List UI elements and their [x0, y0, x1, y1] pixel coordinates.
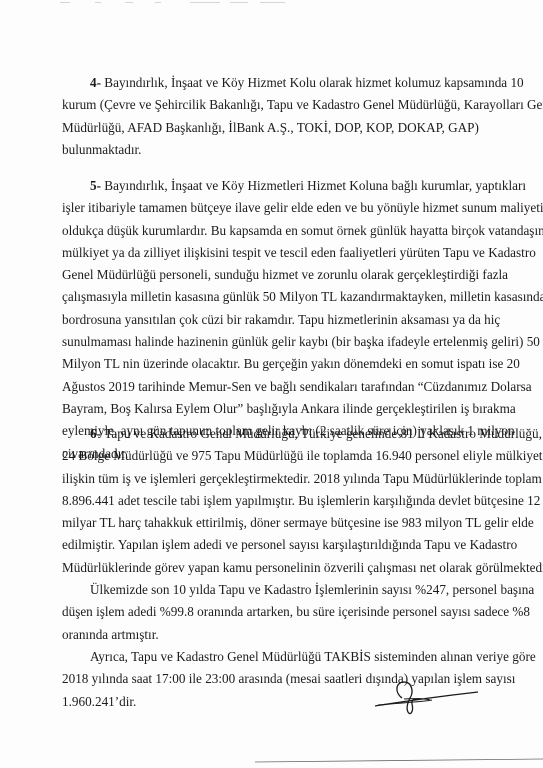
paragraph-text: Bayındırlık, İnşaat ve Köy Hizmet Kolu o…	[104, 75, 523, 90]
paragraph-line: milyar TL harç tahakkuk ettirilmiş, döne…	[62, 512, 474, 534]
document-page: 4- Bayındırlık, İnşaat ve Köy Hizmet Kol…	[0, 0, 543, 768]
paragraph-text: oranında artmıştır.	[62, 627, 159, 642]
paragraph-text: kurum (Çevre ve Şehircilik Bakanlığı, Ta…	[62, 97, 543, 112]
paragraph-number: 5-	[90, 178, 104, 193]
paragraph-text: edilmiştir. Yapılan işlem adedi ve perso…	[62, 537, 517, 552]
paragraph-line: oranında artmıştır.	[62, 624, 474, 646]
paragraph-line: kurum (Çevre ve Şehircilik Bakanlığı, Ta…	[62, 94, 474, 116]
paragraph-line: ilişkin tüm iş ve işlemleri gerçekleştir…	[62, 468, 474, 490]
paragraph-line: bulunmaktadır.	[62, 139, 474, 161]
paragraph-number: 6-	[90, 426, 104, 441]
scan-artifacts	[30, 0, 290, 12]
paragraph-line: çalışmasıyla milletin kasasına günlük 50…	[62, 286, 474, 308]
paragraph-text: sunulmaması halinde hazinenin günlük gel…	[62, 334, 540, 349]
paragraph-text: Bayındırlık, İnşaat ve Köy Hizmetleri Hi…	[104, 178, 526, 193]
paragraph-7: Ülkemizde son 10 yılda Tapu ve Kadastro …	[62, 579, 474, 646]
paragraph-line: Ayrıca, Tapu ve Kadastro Genel Müdürlüğü…	[62, 646, 474, 668]
paragraph-line: 5- Bayındırlık, İnşaat ve Köy Hizmetleri…	[62, 175, 474, 197]
paragraph-line: sunulmaması halinde hazinenin günlük gel…	[62, 331, 474, 353]
paragraph-line: işler itibariyle tamamen bütçeye ilave g…	[62, 197, 474, 219]
paragraph-line: Müdürlüğü, AFAD Başkanlığı, İlBank A.Ş.,…	[62, 117, 474, 139]
bottom-rule	[255, 758, 543, 764]
paragraph-line: mülkiyet ya da zilliyet ilişkisini tespi…	[62, 242, 474, 264]
paragraph-text: Müdürlüğü, AFAD Başkanlığı, İlBank A.Ş.,…	[62, 120, 479, 135]
paragraph-line: bordrosuna yansıtılan çok cüzi bir rakam…	[62, 309, 474, 331]
paragraph-text: Genel Müdürlüğü personeli, sunduğu hizme…	[62, 267, 508, 282]
paragraph-text: bulunmaktadır.	[62, 142, 141, 157]
paragraph-line: 8.896.441 adet tescile tabi işlem yapılm…	[62, 490, 474, 512]
paragraph-text: milyar TL harç tahakkuk ettirilmiş, döne…	[62, 515, 534, 530]
paragraph-text: Ayrıca, Tapu ve Kadastro Genel Müdürlüğü…	[90, 649, 536, 664]
paragraph-line: 6- Tapu ve Kadastro Genel Müdürlüğü, Tür…	[62, 423, 474, 445]
paragraph-5: 5- Bayındırlık, İnşaat ve Köy Hizmetleri…	[62, 175, 474, 465]
paragraph-text: bordrosuna yansıtılan çok cüzi bir rakam…	[62, 312, 500, 327]
paragraph-6: 6- Tapu ve Kadastro Genel Müdürlüğü, Tür…	[62, 423, 474, 579]
paragraph-text: 1.960.241’dir.	[62, 694, 136, 709]
paragraph-text: Milyon TL nin üzerinde olacaktır. Bu ger…	[62, 356, 520, 371]
paragraph-line: 24 Bölge Müdürlüğü ve 975 Tapu Müdürlüğü…	[62, 445, 474, 467]
paragraph-text: Tapu ve Kadastro Genel Müdürlüğü, Türkiy…	[104, 426, 542, 441]
paragraph-line: Bayram, Boş Kalırsa Eylem Olur” başlığıy…	[62, 398, 474, 420]
paragraph-line: Milyon TL nin üzerinde olacaktır. Bu ger…	[62, 353, 474, 375]
paragraph-line: oldukça düşük kurumlardır. Bu kapsamda e…	[62, 220, 474, 242]
paragraph-line: düşen işlem adedi %99.8 oranında artarke…	[62, 601, 474, 623]
paragraph-text: çalışmasıyla milletin kasasına günlük 50…	[62, 289, 543, 304]
paragraph-text: düşen işlem adedi %99.8 oranında artarke…	[62, 604, 530, 619]
paragraph-text: 24 Bölge Müdürlüğü ve 975 Tapu Müdürlüğü…	[62, 448, 543, 463]
paragraph-line: edilmiştir. Yapılan işlem adedi ve perso…	[62, 534, 474, 556]
paragraph-text: ilişkin tüm iş ve işlemleri gerçekleştir…	[62, 471, 542, 486]
paragraph-4: 4- Bayındırlık, İnşaat ve Köy Hizmet Kol…	[62, 72, 474, 161]
paragraph-text: işler itibariyle tamamen bütçeye ilave g…	[62, 200, 543, 215]
paragraph-line: Genel Müdürlüğü personeli, sunduğu hizme…	[62, 264, 474, 286]
paragraph-text: 8.896.441 adet tescile tabi işlem yapılm…	[62, 493, 540, 508]
paragraph-line: Ülkemizde son 10 yılda Tapu ve Kadastro …	[62, 579, 474, 601]
paragraph-text: Müdürlüklerinde görev yapan kamu persone…	[62, 560, 543, 575]
paragraph-line: Ağustos 2019 tarihinde Memur-Sen ve bağl…	[62, 376, 474, 398]
paragraph-text: mülkiyet ya da zilliyet ilişkisini tespi…	[62, 245, 536, 260]
paragraph-number: 4-	[90, 75, 104, 90]
paragraph-line: 4- Bayındırlık, İnşaat ve Köy Hizmet Kol…	[62, 72, 474, 94]
signature-icon	[370, 678, 480, 718]
paragraph-text: oldukça düşük kurumlardır. Bu kapsamda e…	[62, 223, 543, 238]
paragraph-line: Müdürlüklerinde görev yapan kamu persone…	[62, 557, 474, 579]
paragraph-text: Ağustos 2019 tarihinde Memur-Sen ve bağl…	[62, 379, 532, 394]
paragraph-text: Ülkemizde son 10 yılda Tapu ve Kadastro …	[90, 582, 534, 597]
paragraph-text: Bayram, Boş Kalırsa Eylem Olur” başlığıy…	[62, 401, 516, 416]
